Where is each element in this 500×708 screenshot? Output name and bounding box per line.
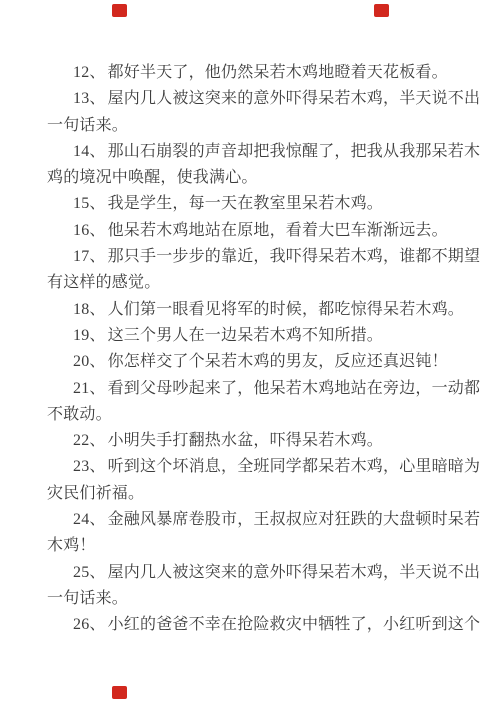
sentence-list: 12、都好半天了，他仍然呆若木鸡地瞪着天花板看。13、屋内几人被这突来的意外吓得… [47, 60, 447, 639]
item-number: 24、 [73, 511, 108, 528]
item-number: 12、 [73, 64, 108, 81]
item-number: 14、 [73, 143, 108, 160]
item-number: 19、 [73, 327, 108, 344]
sentence-first-line: 12、都好半天了，他仍然呆若木鸡地瞪着天花板看。 [47, 60, 447, 86]
sentence-wrap-line: 一句话来。 [47, 113, 447, 139]
item-number: 26、 [73, 616, 108, 633]
sentence-first-line: 22、小明失手打翻热水盆，吓得呆若木鸡。 [47, 428, 447, 454]
sentence-text: 看到父母吵起来了，他呆若木鸡地站在旁边，一动都 [108, 380, 481, 397]
sentence-first-line: 20、你怎样交了个呆若木鸡的男友，反应还真迟钝！ [47, 349, 447, 375]
sentence-wrap-line: 不敢动。 [47, 402, 447, 428]
item-number: 22、 [73, 432, 108, 449]
item-number: 13、 [73, 90, 108, 107]
sentence-text: 他呆若木鸡地站在原地，看着大巴车渐渐远去。 [108, 222, 448, 239]
item-number: 17、 [73, 248, 108, 265]
sentence-wrap-line: 木鸡！ [47, 533, 447, 559]
document-page: 12、都好半天了，他仍然呆若木鸡地瞪着天花板看。13、屋内几人被这突来的意外吓得… [0, 0, 500, 708]
sentence-first-line: 17、那只手一步步的靠近，我吓得呆若木鸡，谁都不期望 [47, 244, 447, 270]
sentence-text: 听到这个坏消息，全班同学都呆若木鸡，心里暗暗为 [108, 458, 481, 475]
red-tag-icon-top-right [374, 4, 389, 17]
red-tag-icon-bottom-left [112, 686, 127, 699]
sentence-first-line: 18、人们第一眼看见将军的时候，都吃惊得呆若木鸡。 [47, 297, 447, 323]
sentence-text: 都好半天了，他仍然呆若木鸡地瞪着天花板看。 [108, 64, 448, 81]
sentence-text: 小红的爸爸不幸在抢险救灾中牺牲了，小红听到这个 [108, 616, 481, 633]
sentence-text: 那只手一步步的靠近，我吓得呆若木鸡，谁都不期望 [108, 248, 481, 265]
item-number: 18、 [73, 301, 108, 318]
red-tag-icon-top-left [112, 4, 127, 17]
item-number: 20、 [73, 353, 108, 370]
sentence-wrap-line: 灾民们祈福。 [47, 481, 447, 507]
item-number: 25、 [73, 564, 108, 581]
sentence-text: 小明失手打翻热水盆，吓得呆若木鸡。 [108, 432, 383, 449]
sentence-first-line: 21、看到父母吵起来了，他呆若木鸡地站在旁边，一动都 [47, 376, 447, 402]
sentence-first-line: 23、听到这个坏消息，全班同学都呆若木鸡，心里暗暗为 [47, 454, 447, 480]
sentence-first-line: 14、那山石崩裂的声音却把我惊醒了，把我从我那呆若木 [47, 139, 447, 165]
sentence-wrap-line: 鸡的境况中唤醒，使我满心。 [47, 165, 447, 191]
sentence-first-line: 24、金融风暴席卷股市，王叔叔应对狂跌的大盘顿时呆若 [47, 507, 447, 533]
sentence-first-line: 16、他呆若木鸡地站在原地，看着大巴车渐渐远去。 [47, 218, 447, 244]
sentence-text: 屋内几人被这突来的意外吓得呆若木鸡，半天说不出 [108, 564, 481, 581]
sentence-first-line: 25、屋内几人被这突来的意外吓得呆若木鸡，半天说不出 [47, 560, 447, 586]
sentence-first-line: 15、我是学生，每一天在教室里呆若木鸡。 [47, 191, 447, 217]
sentence-text: 那山石崩裂的声音却把我惊醒了，把我从我那呆若木 [108, 143, 481, 160]
sentence-first-line: 26、小红的爸爸不幸在抢险救灾中牺牲了，小红听到这个 [47, 612, 447, 638]
item-number: 16、 [73, 222, 108, 239]
sentence-text: 金融风暴席卷股市，王叔叔应对狂跌的大盘顿时呆若 [108, 511, 481, 528]
item-number: 21、 [73, 380, 108, 397]
sentence-text: 你怎样交了个呆若木鸡的男友，反应还真迟钝！ [108, 353, 448, 370]
sentence-first-line: 13、屋内几人被这突来的意外吓得呆若木鸡，半天说不出 [47, 86, 447, 112]
sentence-first-line: 19、这三个男人在一边呆若木鸡不知所措。 [47, 323, 447, 349]
item-number: 23、 [73, 458, 108, 475]
sentence-text: 屋内几人被这突来的意外吓得呆若木鸡，半天说不出 [108, 90, 481, 107]
sentence-text: 我是学生，每一天在教室里呆若木鸡。 [108, 195, 383, 212]
sentence-wrap-line: 有这样的感觉。 [47, 270, 447, 296]
sentence-text: 人们第一眼看见将军的时候，都吃惊得呆若木鸡。 [108, 301, 464, 318]
sentence-wrap-line: 一句话来。 [47, 586, 447, 612]
item-number: 15、 [73, 195, 108, 212]
sentence-text: 这三个男人在一边呆若木鸡不知所措。 [108, 327, 383, 344]
